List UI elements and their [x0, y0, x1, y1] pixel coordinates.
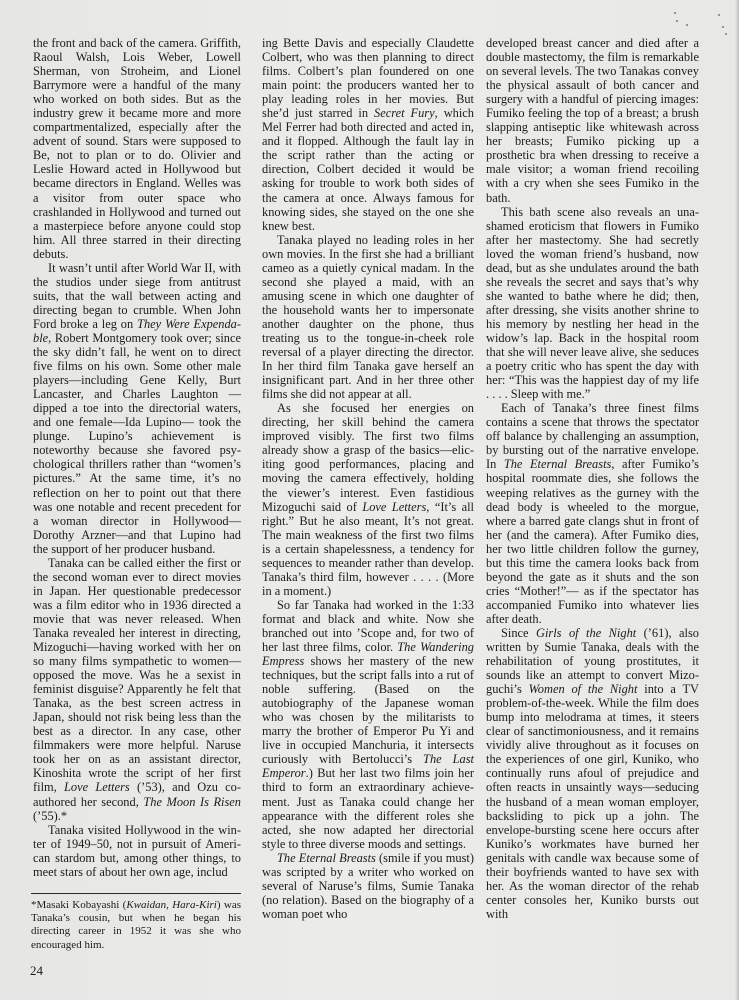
italic-title: Hara-Kiri — [172, 899, 217, 911]
text-column-1: the front and back of the camera. Grif­f… — [33, 36, 241, 879]
paragraph: This bath scene also reveals an una­sham… — [486, 205, 699, 402]
book-page: the front and back of the camera. Grif­f… — [0, 0, 739, 1000]
paragraph: ing Bette Davis and especially Claudette… — [262, 36, 474, 233]
text-column-2: ing Bette Davis and especially Claudette… — [262, 36, 474, 921]
italic-title: Girls of the Night — [536, 626, 636, 640]
page-edge-shadow — [735, 0, 739, 1000]
text-run: (’55).* — [33, 809, 67, 823]
paragraph: It wasn’t until after World War II, with… — [33, 261, 241, 556]
paragraph: Since Girls of the Night (’61), also wri… — [486, 626, 699, 921]
italic-title: Love Letters — [362, 500, 426, 514]
italic-title: Kwaidan — [126, 899, 166, 911]
text-run: Tanaka can be called either the first or… — [33, 556, 241, 795]
text-run: into a TV problem-of-the-week. While the… — [486, 682, 699, 921]
footnote-divider — [31, 893, 241, 894]
text-run: Tanaka visited Hollywood in the win­ter … — [33, 823, 241, 879]
text-run: This bath scene also reveals an una­sham… — [486, 205, 699, 402]
page-number: 24 — [30, 963, 43, 979]
footnote: *Masaki Kobayashi (Kwaidan, Hara-Kiri) w… — [31, 899, 241, 952]
paragraph: Each of Tanaka’s three finest films cont… — [486, 401, 699, 626]
text-run: shows her mastery of the new techniques,… — [262, 654, 474, 766]
paper-specks — [670, 8, 730, 38]
text-run: *Masaki Kobayashi ( — [31, 899, 126, 911]
italic-title: Secret Fury — [374, 106, 435, 120]
italic-title: The Eternal Breasts — [277, 851, 376, 865]
text-run: developed breast cancer and died after a… — [486, 36, 699, 205]
text-run: Since — [501, 626, 536, 640]
paragraph: The Eternal Breasts (smile if you must) … — [262, 851, 474, 921]
paragraph: Tanaka can be called either the first or… — [33, 556, 241, 823]
italic-title: The Eternal Breasts — [504, 457, 612, 471]
italic-title: Women of the Night — [529, 682, 638, 696]
text-run: , Robert Montgomery took over; since the… — [33, 331, 241, 556]
text-run: , which Mel Ferrer had both directed and… — [262, 106, 474, 232]
paragraph: Tanaka played no leading roles in her ow… — [262, 233, 474, 402]
text-run: the front and back of the camera. Grif­f… — [33, 36, 241, 261]
text-run: , “It’s all right.” But he also meant, I… — [262, 500, 474, 598]
paragraph: Tanaka visited Hollywood in the win­ter … — [33, 823, 241, 879]
text-run: As she focused her energies on directing… — [262, 401, 474, 513]
italic-title: Love Letters — [64, 780, 130, 794]
text-run: , after Fumiko’s hospital roommate dies,… — [486, 457, 699, 626]
paragraph: the front and back of the camera. Grif­f… — [33, 36, 241, 261]
italic-title: The Moon Is Risen — [143, 795, 241, 809]
paragraph: So far Tanaka had worked in the 1:33 for… — [262, 598, 474, 851]
paragraph: developed breast cancer and died after a… — [486, 36, 699, 205]
paragraph: As she focused her energies on directing… — [262, 401, 474, 598]
text-column-3: developed breast cancer and died after a… — [486, 36, 699, 921]
text-run: Tanaka played no leading roles in her ow… — [262, 233, 474, 402]
